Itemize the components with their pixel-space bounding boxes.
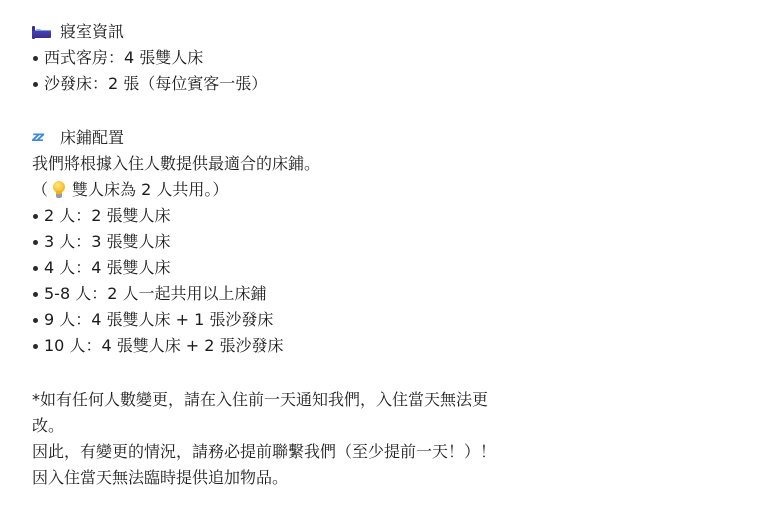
bullet-icon — [33, 318, 38, 323]
list-item-text: 10 人：4 張雙人床 + 2 張沙發床 — [44, 333, 284, 359]
list-item-text: 西式客房：4 張雙人床 — [44, 45, 203, 71]
notice-line: *如有任何人數變更，請在入住前一天通知我們，入住當天無法更 — [32, 387, 732, 413]
intro-text: 我們將根據入住人數提供最適合的床鋪。 — [32, 151, 320, 177]
list-item: 10 人：4 張雙人床 + 2 張沙發床 — [32, 333, 732, 359]
bullet-icon — [33, 56, 38, 61]
bullet-icon — [33, 344, 38, 349]
list-item: 3 人：3 張雙人床 — [32, 229, 732, 255]
list-item: 沙發床：2 張（每位賓客一張） — [32, 71, 732, 97]
list-item: 2 人：2 張雙人床 — [32, 203, 732, 229]
bullet-icon — [33, 214, 38, 219]
bullet-icon — [33, 82, 38, 87]
bedroom-info-title: 寢室資訊 — [60, 19, 124, 45]
list-item: 4 人：4 張雙人床 — [32, 255, 732, 281]
list-item: 西式客房：4 張雙人床 — [32, 45, 732, 71]
notice-text: 因入住當天無法臨時提供追加物品。 — [32, 465, 288, 491]
note-text: 雙人床為 2 人共用。） — [72, 177, 228, 203]
list-item: 9 人：4 張雙人床 + 1 張沙發床 — [32, 307, 732, 333]
notice-text: 改。 — [32, 413, 64, 439]
bed-arrangement-note: （ 雙人床為 2 人共用。） — [32, 177, 732, 203]
spacer — [32, 359, 732, 387]
list-item-text: 9 人：4 張雙人床 + 1 張沙發床 — [44, 307, 273, 333]
list-item-text: 4 人：4 張雙人床 — [44, 255, 171, 281]
spacer — [32, 97, 732, 125]
bedroom-info-heading: 寢室資訊 — [32, 19, 732, 45]
notice-line: 改。 — [32, 413, 732, 439]
notice-text: *如有任何人數變更，請在入住前一天通知我們，入住當天無法更 — [32, 387, 488, 413]
notice-line: 因此，有變更的情況，請務必提前聯繫我們（至少提前一天！）！ — [32, 439, 732, 465]
bullet-icon — [33, 266, 38, 271]
list-item: 5-8 人：2 人一起共用以上床鋪 — [32, 281, 732, 307]
notice-line: 因入住當天無法臨時提供追加物品。 — [32, 465, 732, 491]
list-item-text: 5-8 人：2 人一起共用以上床鋪 — [44, 281, 267, 307]
bullet-icon — [33, 240, 38, 245]
zzz-icon: zz — [32, 131, 52, 145]
document-body: 寢室資訊 西式客房：4 張雙人床 沙發床：2 張（每位賓客一張） zz 床鋪配置… — [32, 19, 732, 491]
note-paren-open: （ — [32, 177, 48, 203]
bed-arrangement-title: 床鋪配置 — [60, 125, 124, 151]
list-item-text: 3 人：3 張雙人床 — [44, 229, 171, 255]
bullet-icon — [33, 292, 38, 297]
notice-text: 因此，有變更的情況，請務必提前聯繫我們（至少提前一天！）！ — [32, 439, 496, 465]
list-item-text: 沙發床：2 張（每位賓客一張） — [44, 71, 267, 97]
list-item-text: 2 人：2 張雙人床 — [44, 203, 171, 229]
bed-arrangement-heading: zz 床鋪配置 — [32, 125, 732, 151]
light-bulb-icon — [52, 181, 66, 199]
bed-arrangement-intro: 我們將根據入住人數提供最適合的床鋪。 — [32, 151, 732, 177]
bed-icon — [32, 25, 52, 39]
